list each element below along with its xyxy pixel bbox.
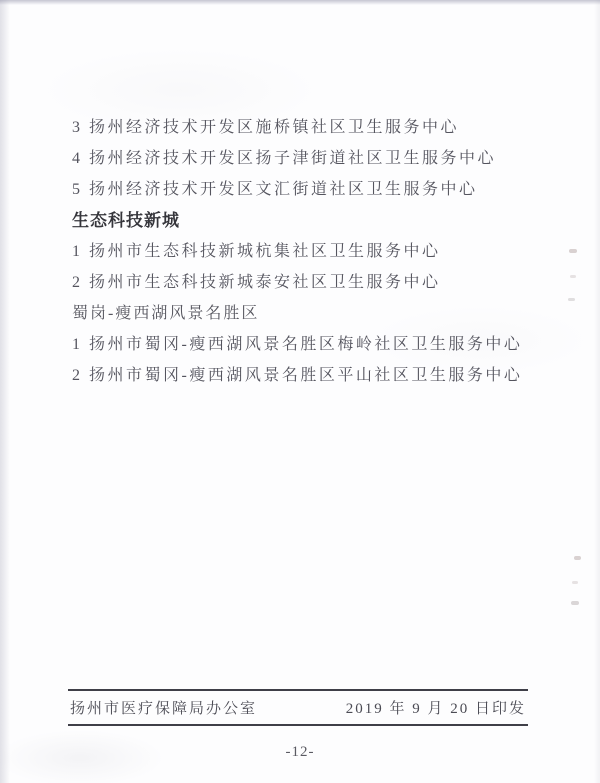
document-footer: 扬州市医疗保障局办公室 2019 年 9 月 20 日印发 <box>68 689 528 726</box>
list-item: 5 扬州经济技术开发区文汇街道社区卫生服务中心 <box>72 174 532 205</box>
footer-issuer: 扬州市医疗保障局办公室 <box>70 697 257 718</box>
list-item: 2 扬州市蜀冈-瘦西湖风景名胜区平山社区卫生服务中心 <box>72 360 532 391</box>
scan-artifact <box>572 581 578 584</box>
scan-artifact <box>568 298 575 301</box>
page-number: -12- <box>0 744 600 761</box>
scan-artifact <box>570 275 576 278</box>
list-item: 3 扬州经济技术开发区施桥镇社区卫生服务中心 <box>72 112 532 143</box>
scan-artifact <box>574 556 581 560</box>
scan-artifact <box>569 249 577 253</box>
scanned-document-page: 3 扬州经济技术开发区施桥镇社区卫生服务中心 4 扬州经济技术开发区扬子津街道社… <box>0 0 600 783</box>
footer-row: 扬州市医疗保障局办公室 2019 年 9 月 20 日印发 <box>68 691 528 724</box>
footer-rule-bottom <box>68 724 528 726</box>
list-item: 4 扬州经济技术开发区扬子津街道社区卫生服务中心 <box>72 143 532 174</box>
list-item: 1 扬州市生态科技新城杭集社区卫生服务中心 <box>72 236 532 267</box>
scan-artifact <box>571 601 579 605</box>
document-body: 3 扬州经济技术开发区施桥镇社区卫生服务中心 4 扬州经济技术开发区扬子津街道社… <box>72 112 532 391</box>
scan-shadow-left <box>0 0 10 783</box>
scan-shadow-top <box>0 0 600 5</box>
footer-print-date: 2019 年 9 月 20 日印发 <box>346 697 526 718</box>
section-subheading: 蜀岗-瘦西湖风景名胜区 <box>72 298 532 329</box>
list-item: 1 扬州市蜀冈-瘦西湖风景名胜区梅岭社区卫生服务中心 <box>72 329 532 360</box>
list-item: 2 扬州市生态科技新城泰安社区卫生服务中心 <box>72 267 532 298</box>
scan-shadow-right <box>594 0 600 783</box>
section-heading: 生态科技新城 <box>72 205 532 236</box>
